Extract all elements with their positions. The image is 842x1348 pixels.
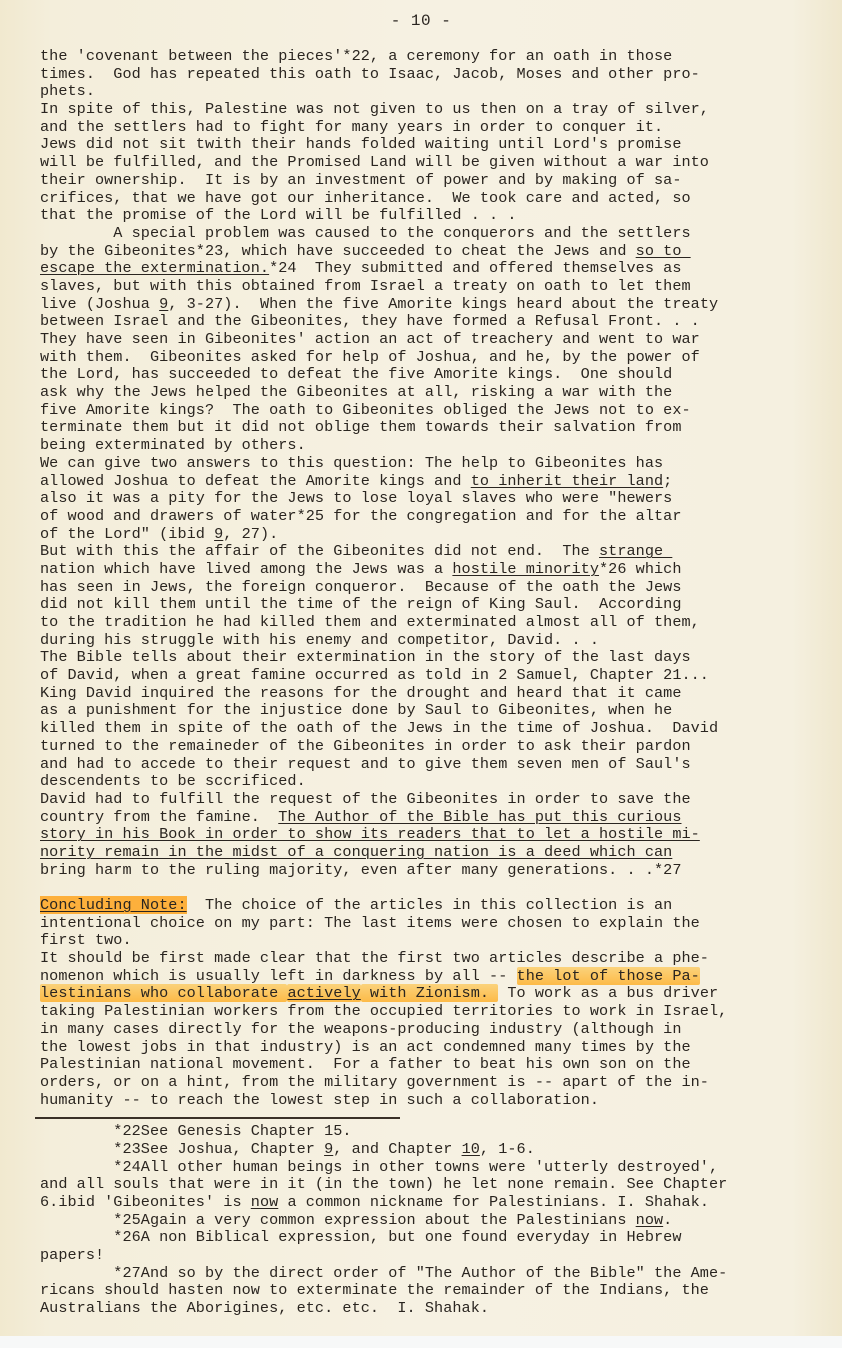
text-line: and had to accede to their request and t…: [40, 756, 830, 774]
text-line: and the settlers had to fight for many y…: [40, 119, 830, 137]
text-line: We can give two answers to this question…: [40, 455, 830, 473]
text-line: nority remain in the midst of a conqueri…: [40, 844, 830, 862]
text-segment: ricans should hasten now to exterminate …: [40, 1281, 709, 1299]
highlighted-text: the lot of those Pa-: [517, 967, 700, 985]
highlighted-text: with Zionism.: [361, 984, 498, 1002]
text-line: nomenon which is usually left in darknes…: [40, 968, 830, 986]
text-line: being exterminated by others.: [40, 437, 830, 455]
underlined-text: 9: [214, 525, 223, 543]
footnote-line: and all souls that were in it (in the to…: [40, 1176, 830, 1194]
text-segment: first two.: [40, 931, 132, 949]
text-line: Concluding Note: The choice of the artic…: [40, 897, 830, 915]
text-line: with them. Gibeonites asked for help of …: [40, 349, 830, 367]
text-segment: to the tradition he had killed them and …: [40, 613, 700, 631]
text-line: crifices, that we have got our inheritan…: [40, 190, 830, 208]
text-line: live (Joshua 9, 3-27). When the five Amo…: [40, 296, 830, 314]
text-line: of the Lord" (ibid 9, 27).: [40, 526, 830, 544]
text-segment: a common nickname for Palestinians. I. S…: [278, 1193, 709, 1211]
text-segment: descendents to be sccrificed.: [40, 772, 306, 790]
footnote-line: Australians the Aborigines, etc. etc. I.…: [40, 1300, 830, 1318]
text-segment: as a punishment for the injustice done b…: [40, 701, 672, 719]
text-segment: David had to fulfill the request of the …: [40, 790, 691, 808]
text-segment: They have seen in Gibeonites' action an …: [40, 330, 700, 348]
text-segment: taking Palestinian workers from the occu…: [40, 1002, 727, 1020]
text-line: Palestinian national movement. For a fat…: [40, 1056, 830, 1074]
text-segment: between Israel and the Gibeonites, they …: [40, 312, 700, 330]
text-segment: The choice of the articles in this colle…: [187, 896, 673, 914]
text-segment: But with this the affair of the Gibeonit…: [40, 542, 599, 560]
body-text: the 'covenant between the pieces'*22, a …: [40, 48, 830, 1109]
text-segment: will be fulfilled, and the Promised Land…: [40, 153, 709, 171]
document-body: the 'covenant between the pieces'*22, a …: [40, 48, 830, 1318]
text-segment: The Bible tells about their exterminatio…: [40, 648, 691, 666]
text-segment: Jews did not sit twith their hands folde…: [40, 135, 681, 153]
underlined-text: story in his Book in order to show its r…: [40, 825, 700, 843]
text-segment: *24 They submitted and offered themselve…: [269, 259, 681, 277]
text-segment: We can give two answers to this question…: [40, 454, 663, 472]
footnote-line: *22See Genesis Chapter 15.: [40, 1123, 830, 1141]
underlined-text: hostile minority: [452, 560, 599, 578]
underlined-text: escape the extermination.: [40, 259, 269, 277]
text-line: intentional choice on my part: The last …: [40, 915, 830, 933]
text-segment: papers!: [40, 1246, 104, 1264]
text-segment: ;: [663, 472, 672, 490]
text-segment: their ownership. It is by an investment …: [40, 171, 681, 189]
text-line: the lowest jobs in that industry) is an …: [40, 1039, 830, 1057]
highlighted-text: actively: [287, 984, 360, 1002]
text-line: bring harm to the ruling majority, even …: [40, 862, 830, 880]
text-line: In spite of this, Palestine was not give…: [40, 101, 830, 119]
text-segment: It should be first made clear that the f…: [40, 949, 709, 967]
text-line: nation which have lived among the Jews w…: [40, 561, 830, 579]
text-line: King David inquired the reasons for the …: [40, 685, 830, 703]
text-segment: 6.ibid 'Gibeonites' is: [40, 1193, 251, 1211]
text-segment: crifices, that we have got our inheritan…: [40, 189, 691, 207]
text-segment: and had to accede to their request and t…: [40, 755, 691, 773]
text-segment: *22See Genesis Chapter 15.: [40, 1122, 352, 1140]
text-line: of wood and drawers of water*25 for the …: [40, 508, 830, 526]
text-segment: King David inquired the reasons for the …: [40, 684, 681, 702]
text-segment: .: [663, 1211, 672, 1229]
text-line: humanity -- to reach the lowest step in …: [40, 1092, 830, 1110]
text-line: turned to the remaineder of the Gibeonit…: [40, 738, 830, 756]
text-line: They have seen in Gibeonites' action an …: [40, 331, 830, 349]
text-segment: *27And so by the direct order of "The Au…: [40, 1264, 727, 1282]
text-segment: intentional choice on my part: The last …: [40, 914, 700, 932]
text-segment: of David, when a great famine occurred a…: [40, 666, 709, 684]
text-line: between Israel and the Gibeonites, they …: [40, 313, 830, 331]
text-segment: times. God has repeated this oath to Isa…: [40, 65, 700, 83]
text-segment: and the settlers had to fight for many y…: [40, 118, 663, 136]
text-segment: phets.: [40, 82, 95, 100]
text-line: times. God has repeated this oath to Isa…: [40, 66, 830, 84]
text-segment: killed them in spite of the oath of the …: [40, 719, 718, 737]
text-line: also it was a pity for the Jews to lose …: [40, 490, 830, 508]
text-segment: the Lord, has succeeded to defeat the fi…: [40, 365, 672, 383]
text-segment: To work as a bus driver: [498, 984, 718, 1002]
text-line: killed them in spite of the oath of the …: [40, 720, 830, 738]
text-segment: turned to the remaineder of the Gibeonit…: [40, 737, 691, 755]
text-segment: in many cases directly for the weapons-p…: [40, 1020, 681, 1038]
underlined-text: 9: [159, 295, 168, 313]
text-line: country from the famine. The Author of t…: [40, 809, 830, 827]
text-line: orders, or on a hint, from the military …: [40, 1074, 830, 1092]
text-line: The Bible tells about their exterminatio…: [40, 649, 830, 667]
footnote-line: ricans should hasten now to exterminate …: [40, 1282, 830, 1300]
text-line: escape the extermination.*24 They submit…: [40, 260, 830, 278]
text-line: ask why the Jews helped the Gibeonites a…: [40, 384, 830, 402]
text-line: five Amorite kings? The oath to Gibeonit…: [40, 402, 830, 420]
underlined-text: to inherit their land: [471, 472, 663, 490]
text-segment: with them. Gibeonites asked for help of …: [40, 348, 700, 366]
text-segment: of wood and drawers of water*25 for the …: [40, 507, 681, 525]
underlined-text: The Author of the Bible has put this cur…: [278, 808, 681, 826]
footnote-line: *24All other human beings in other towns…: [40, 1159, 830, 1177]
text-segment: the lowest jobs in that industry) is an …: [40, 1038, 691, 1056]
text-line: during his struggle with his enemy and c…: [40, 632, 830, 650]
text-segment: that the promise of the Lord will be ful…: [40, 206, 517, 224]
text-segment: of the Lord" (ibid: [40, 525, 214, 543]
text-segment: *23See Joshua, Chapter: [40, 1140, 324, 1158]
text-segment: , 3-27). When the five Amorite kings hea…: [168, 295, 718, 313]
text-segment: *26A non Biblical expression, but one fo…: [40, 1228, 681, 1246]
text-line: descendents to be sccrificed.: [40, 773, 830, 791]
text-segment: A special problem was caused to the conq…: [40, 224, 691, 242]
text-segment: Palestinian national movement. For a fat…: [40, 1055, 691, 1073]
text-segment: In spite of this, Palestine was not give…: [40, 100, 709, 118]
text-segment: during his struggle with his enemy and c…: [40, 631, 599, 649]
underlined-text: so to: [636, 242, 691, 260]
text-segment: also it was a pity for the Jews to lose …: [40, 489, 672, 507]
footnote-line: *23See Joshua, Chapter 9, and Chapter 10…: [40, 1141, 830, 1159]
text-segment: nation which have lived among the Jews w…: [40, 560, 452, 578]
text-line: story in his Book in order to show its r…: [40, 826, 830, 844]
highlighted-text: lestinians who collaborate: [40, 984, 287, 1002]
text-segment: Australians the Aborigines, etc. etc. I.…: [40, 1299, 489, 1317]
footnotes: *22See Genesis Chapter 15. *23See Joshua…: [40, 1123, 830, 1318]
text-line: as a punishment for the injustice done b…: [40, 702, 830, 720]
page-number: - 10 -: [0, 12, 842, 30]
footnote-line: papers!: [40, 1247, 830, 1265]
text-segment: *24All other human beings in other towns…: [40, 1158, 718, 1176]
paragraph-gap: [40, 879, 830, 897]
document-page: - 10 - the 'covenant between the pieces'…: [0, 0, 842, 1336]
footnote-line: *25Again a very common expression about …: [40, 1212, 830, 1230]
text-line: lestinians who collaborate actively with…: [40, 985, 830, 1003]
text-line: their ownership. It is by an investment …: [40, 172, 830, 190]
underlined-text: nority remain in the midst of a conqueri…: [40, 843, 672, 861]
text-segment: and all souls that were in it (in the to…: [40, 1175, 727, 1193]
text-line: that the promise of the Lord will be ful…: [40, 207, 830, 225]
text-line: of David, when a great famine occurred a…: [40, 667, 830, 685]
text-line: in many cases directly for the weapons-p…: [40, 1021, 830, 1039]
text-segment: live (Joshua: [40, 295, 159, 313]
text-segment: slaves, but with this obtained from Isra…: [40, 277, 691, 295]
text-segment: terminate them but it did not oblige the…: [40, 418, 681, 436]
text-segment: being exterminated by others.: [40, 436, 306, 454]
text-line: will be fulfilled, and the Promised Land…: [40, 154, 830, 172]
text-line: to the tradition he had killed them and …: [40, 614, 830, 632]
text-line: has seen in Jews, the foreign conqueror.…: [40, 579, 830, 597]
text-segment: *26 which: [599, 560, 681, 578]
text-line: It should be first made clear that the f…: [40, 950, 830, 968]
footnote-line: 6.ibid 'Gibeonites' is now a common nick…: [40, 1194, 830, 1212]
text-line: But with this the affair of the Gibeonit…: [40, 543, 830, 561]
text-segment: , 1-6.: [480, 1140, 535, 1158]
text-segment: allowed Joshua to defeat the Amorite kin…: [40, 472, 471, 490]
text-line: Jews did not sit twith their hands folde…: [40, 136, 830, 154]
underlined-text: strange: [599, 542, 672, 560]
text-segment: by the Gibeonites*23, which have succeed…: [40, 242, 636, 260]
text-segment: has seen in Jews, the foreign conqueror.…: [40, 578, 681, 596]
text-line: the 'covenant between the pieces'*22, a …: [40, 48, 830, 66]
text-segment: country from the famine.: [40, 808, 278, 826]
text-line: phets.: [40, 83, 830, 101]
text-line: first two.: [40, 932, 830, 950]
highlighted-text: Concluding Note:: [40, 896, 187, 914]
text-segment: bring harm to the ruling majority, even …: [40, 861, 681, 879]
text-line: terminate them but it did not oblige the…: [40, 419, 830, 437]
text-line: taking Palestinian workers from the occu…: [40, 1003, 830, 1021]
text-segment: nomenon which is usually left in darknes…: [40, 967, 517, 985]
text-segment: , 27).: [223, 525, 278, 543]
text-segment: orders, or on a hint, from the military …: [40, 1073, 709, 1091]
text-line: slaves, but with this obtained from Isra…: [40, 278, 830, 296]
scan-margin: [0, 1336, 842, 1348]
footnote-line: *27And so by the direct order of "The Au…: [40, 1265, 830, 1283]
underlined-text: 9: [324, 1140, 333, 1158]
text-segment: did not kill them until the time of the …: [40, 595, 681, 613]
underlined-text: 10: [462, 1140, 480, 1158]
text-line: did not kill them until the time of the …: [40, 596, 830, 614]
footnote-line: *26A non Biblical expression, but one fo…: [40, 1229, 830, 1247]
text-segment: ask why the Jews helped the Gibeonites a…: [40, 383, 672, 401]
text-line: by the Gibeonites*23, which have succeed…: [40, 243, 830, 261]
text-line: David had to fulfill the request of the …: [40, 791, 830, 809]
text-segment: humanity -- to reach the lowest step in …: [40, 1091, 599, 1109]
text-segment: the 'covenant between the pieces'*22, a …: [40, 47, 672, 65]
text-segment: five Amorite kings? The oath to Gibeonit…: [40, 401, 691, 419]
text-line: allowed Joshua to defeat the Amorite kin…: [40, 473, 830, 491]
underlined-text: now: [636, 1211, 664, 1229]
text-segment: , and Chapter: [333, 1140, 461, 1158]
text-line: A special problem was caused to the conq…: [40, 225, 830, 243]
footnote-separator: [35, 1117, 400, 1119]
underlined-text: now: [251, 1193, 279, 1211]
text-line: the Lord, has succeeded to defeat the fi…: [40, 366, 830, 384]
text-segment: *25Again a very common expression about …: [40, 1211, 636, 1229]
